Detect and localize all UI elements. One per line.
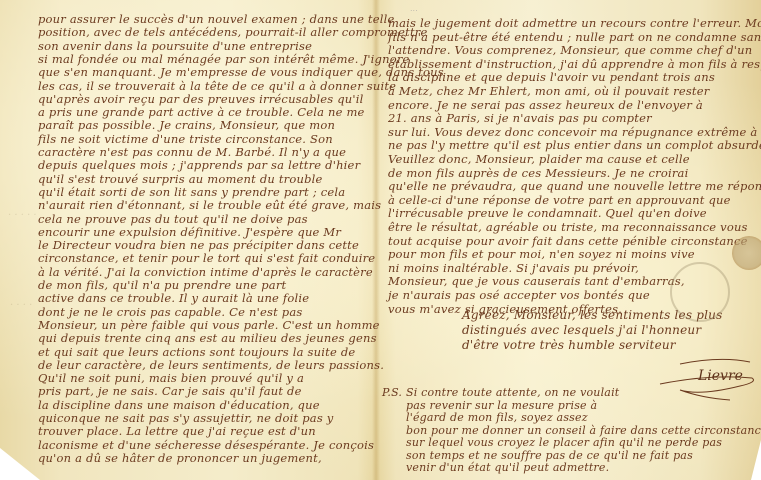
handwritten-line: qu'il était sorti de son lit sans y pren… — [38, 185, 345, 199]
handwritten-line: d'être votre très humble serviteur — [462, 338, 676, 352]
handwritten-line: Monsieur, un père faible qui vous parle.… — [38, 318, 380, 332]
handwritten-line: paraît pas possible. Je crains, Monsieur… — [38, 118, 335, 132]
handwritten-line: tout acquise pour avoir fait dans cette … — [388, 234, 748, 248]
handwritten-line: Monsieur, que je vous causerais tant d'e… — [388, 274, 685, 288]
handwritten-line: quiconque ne sait pas s'y assujettir, ne… — [38, 411, 334, 425]
handwritten-line: fils ne soit victime d'une triste circon… — [38, 132, 333, 146]
handwritten-line: encourir une expulsion définitive. J'esp… — [38, 225, 341, 239]
handwritten-line: qui depuis trente cinq ans est au milieu… — [38, 331, 377, 345]
handwritten-line: être le résultat, agréable ou triste, ma… — [388, 220, 748, 234]
postscript-marker: P.S. — [382, 386, 402, 400]
handwritten-line: pris part, je ne sais. Car je sais qu'il… — [38, 384, 302, 398]
handwritten-line: je n'aurais pas osé accepter vos bontés … — [388, 288, 650, 302]
handwritten-line: cela ne prouve pas du tout qu'il ne doiv… — [38, 212, 308, 226]
handwritten-line: de leur caractère, de leurs sentiments, … — [38, 358, 384, 372]
signature: Lievre — [698, 368, 743, 384]
handwritten-line: 21. ans à Paris, si je n'avais pas pu co… — [388, 111, 652, 125]
handwritten-line: dont je ne le crois pas capable. Ce n'es… — [38, 305, 302, 319]
handwritten-line: les cas, il se trouverait à la tête de c… — [38, 79, 396, 93]
left-page: pour assurer le succès d'un nouvel exame… — [0, 0, 372, 480]
handwritten-line: pour mon fils et pour moi, n'en soyez ni… — [388, 247, 695, 261]
handwritten-line: encore. Je ne serai pas assez heureux de… — [388, 98, 703, 112]
handwritten-line: son avenir dans la poursuite d'une entre… — [38, 39, 312, 53]
handwritten-line: Veuillez donc, Monsieur, plaider ma caus… — [388, 152, 690, 166]
handwritten-line: sur lui. Vous devez donc concevoir ma ré… — [388, 125, 757, 139]
handwritten-line: l'attendre. Vous comprenez, Monsieur, qu… — [388, 43, 752, 57]
handwritten-line: la discipline dans une maison d'éducatio… — [38, 398, 320, 412]
right-page: mais le jugement doit admettre un recour… — [380, 0, 761, 480]
handwritten-line: de mon fils, qu'il n'a pu prendre une pa… — [38, 278, 286, 292]
handwritten-line: et qui sait que leurs actions sont toujo… — [38, 345, 355, 359]
handwritten-line: qu'on a dû se hâter de prononcer un juge… — [38, 451, 322, 465]
handwritten-line: la discipline et que depuis l'avoir vu p… — [388, 70, 715, 84]
handwritten-line: fils n'a peut-être été entendu ; nulle p… — [388, 30, 761, 44]
handwritten-line: depuis quelques mois ; j'apprends par sa… — [38, 158, 360, 172]
handwritten-line: de mon fils auprès de ces Messieurs. Je … — [388, 166, 689, 180]
handwritten-line: qu'après avoir reçu par des preuves irré… — [38, 92, 364, 106]
handwritten-line: l'irrécusable preuve le condamnait. Quel… — [388, 206, 707, 220]
handwritten-line: à la vérité. J'ai la conviction intime d… — [38, 265, 373, 279]
handwritten-line: trouver place. La lettre que j'ai reçue … — [38, 424, 316, 438]
handwritten-line: Qu'il ne soit puni, mais bien prouvé qu'… — [38, 371, 304, 385]
handwritten-line: n'aurait rien d'étonnant, si le trouble … — [38, 198, 381, 212]
handwritten-line: le Directeur voudra bien ne pas précipit… — [38, 238, 359, 252]
handwritten-line: établissement d'instruction, j'ai dû app… — [388, 57, 761, 71]
handwritten-line: ni moins inaltérable. Si j'avais pu prév… — [388, 261, 639, 275]
handwritten-line: circonstance, et tenir pour le tort qui … — [38, 251, 375, 265]
water-stain — [732, 236, 761, 270]
postmark-stamp — [670, 262, 730, 322]
handwritten-line: à celle-ci d'une réponse de votre part e… — [388, 193, 731, 207]
handwritten-line: mais le jugement doit admettre un recour… — [388, 16, 761, 30]
handwritten-line: qu'elle ne prévaudra, que quand une nouv… — [388, 179, 761, 193]
handwritten-line: qu'il s'est trouvé surpris au moment du … — [38, 172, 323, 186]
handwritten-line: distingués avec lesquels j'ai l'honneur — [462, 323, 701, 337]
handwritten-line: caractère n'est pas connu de M. Barbé. I… — [38, 145, 346, 159]
handwritten-line: position, avec de tels antécédens, pourr… — [38, 25, 428, 39]
handwritten-line: à Metz, chez Mr Ehlert, mon ami, où il p… — [388, 84, 709, 98]
handwritten-line: a pris une grande part active à ce troub… — [38, 105, 365, 119]
handwritten-line: ne pas l'y mettre qu'il est plus entier … — [388, 138, 761, 152]
handwritten-line: pour assurer le succès d'un nouvel exame… — [38, 12, 395, 26]
handwritten-line: active dans ce trouble. Il y aurait là u… — [38, 291, 309, 305]
handwritten-line: venir d'un état qu'il peut admettre. — [406, 461, 609, 475]
handwritten-line: si mal fondée ou mal ménagée par son int… — [38, 52, 410, 66]
handwritten-line: laconisme et d'une sécheresse désespéran… — [38, 438, 374, 452]
